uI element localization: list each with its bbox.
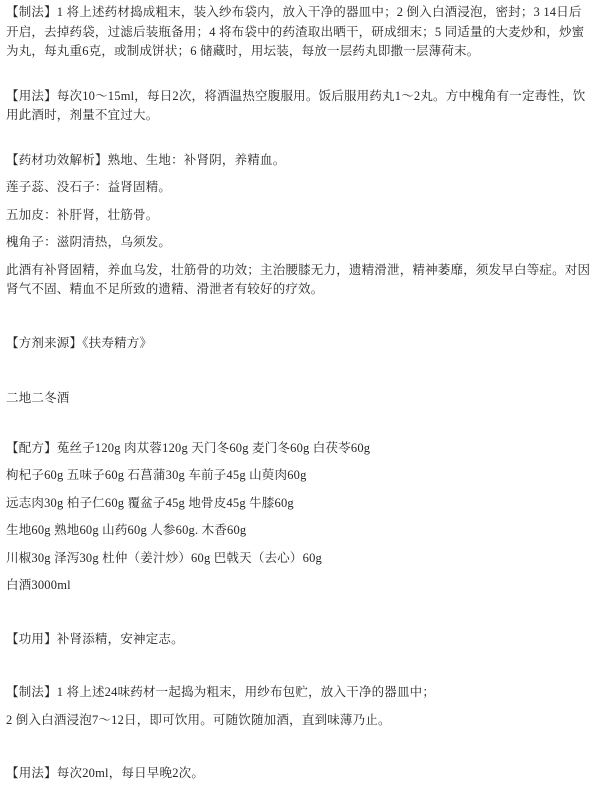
recipe2-ingredients-line: 【配方】菟丝子120g 肉苁蓉120g 天门冬60g 麦门冬60g 白茯苓60g — [6, 439, 594, 459]
recipe1-herb-analysis-line: 莲子蕊、没石子：益肾固精。 — [6, 178, 594, 198]
document-page: 【制法】1 将上述药材捣成粗末，装入纱布袋内，放入干净的器皿中；2 倒入白酒浸泡… — [0, 0, 600, 800]
recipe1-herb-analysis-line: 【药材功效解析】熟地、生地：补肾阴，养精血。 — [6, 151, 594, 171]
recipe1-summary-text: 此酒有补肾固精，养血乌发，壮筋骨的功效；主治腰膝无力，遗精滑泄，精神萎靡，须发早… — [6, 261, 594, 300]
recipe2-preparation-line: 【制法】1 将上述24味药材一起捣为粗末，用纱布包贮，放入干净的器皿中； — [6, 683, 594, 703]
recipe2-function-text: 【功用】补肾添精，安神定志。 — [6, 630, 594, 650]
recipe1-herb-analysis-line: 槐角子：滋阴清热，乌须发。 — [6, 233, 594, 253]
recipe2-ingredients-line: 川椒30g 泽泻30g 杜仲（姜汁炒）60g 巴戟天（去心）60g — [6, 549, 594, 569]
recipe2-ingredients-line: 白酒3000ml — [6, 576, 594, 596]
recipe1-source-text: 【方剂来源】《扶寿精方》 — [6, 334, 594, 354]
recipe2-ingredients-line: 生地60g 熟地60g 山药60g 人参60g. 木香60g — [6, 521, 594, 541]
recipe2-title: 二地二冬酒 — [6, 389, 594, 409]
recipe2-ingredients-line: 远志肉30g 柏子仁60g 覆盆子45g 地骨皮45g 牛膝60g — [6, 494, 594, 514]
recipe1-herb-analysis-line: 五加皮：补肝肾，壮筋骨。 — [6, 206, 594, 226]
recipe2-usage-text: 【用法】每次20ml，每日早晚2次。 — [6, 764, 594, 784]
recipe1-usage-text: 【用法】每次10～15ml，每日2次，将酒温热空腹服用。饭后服用药丸1～2丸。方… — [6, 87, 594, 126]
recipe2-ingredients-line: 枸杞子60g 五味子60g 石菖蒲30g 车前子45g 山萸肉60g — [6, 466, 594, 486]
recipe1-preparation-text: 【制法】1 将上述药材捣成粗末，装入纱布袋内，放入干净的器皿中；2 倒入白酒浸泡… — [6, 3, 594, 62]
recipe2-preparation-line: 2 倒入白酒浸泡7～12日，即可饮用。可随饮随加酒，直到味薄乃止。 — [6, 711, 594, 731]
